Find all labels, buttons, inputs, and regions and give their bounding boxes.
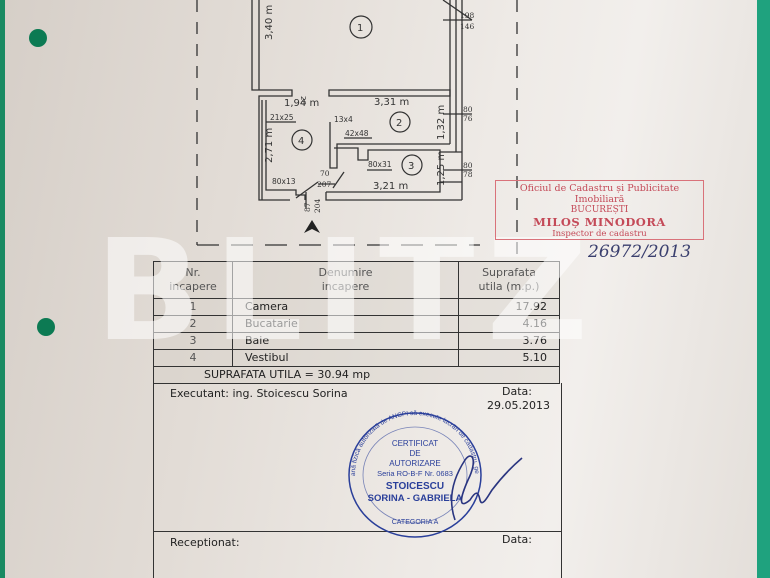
window2-bottom: 76 [463, 114, 473, 123]
window3-top: 80 [463, 161, 473, 170]
dim-room2-width: 3,31 m [374, 97, 409, 108]
stamp-category: CATEGORIA A [392, 519, 439, 526]
stamp-line3: AUTORIZARE [389, 459, 440, 468]
total-area: SUPRAFATA UTILA = 30.94 mp [154, 367, 560, 384]
dim-room4-height: 2,71 m [264, 128, 275, 163]
stamp-firstname: SORINA - GABRIELA [368, 493, 463, 504]
stamp-serial: Seria RO-B-F Nr. 0683 [377, 469, 453, 478]
cell-area: 4.16 [459, 316, 560, 333]
table-header-row: Nr. incapere Denumire incapere Suprafata… [154, 262, 560, 299]
header-area: Suprafata utila (m.p.) [459, 262, 560, 299]
dim-wall: 20 [299, 96, 307, 105]
cell-area: 17.92 [459, 299, 560, 316]
stamp-line2: DE [409, 449, 420, 458]
ocpi-inspector-name: MILOȘ MINODORA [496, 215, 703, 229]
door-inner-top: 70 [320, 169, 330, 178]
room-number-3: 3 [408, 161, 414, 172]
table-row: 4 Vestibul 5.10 [154, 350, 560, 367]
window1-top: 198 [460, 11, 475, 20]
cell-name: Vestibul [233, 350, 459, 367]
ocpi-inspector-title: Inspector de cadastru [496, 229, 703, 239]
dim-room2-height: 1,32 m [436, 105, 447, 140]
window1-bottom: 146 [460, 22, 475, 31]
element-13x4: 13x4 [334, 115, 353, 124]
cell-area: 5.10 [459, 350, 560, 367]
cell-name: Bucatarie [233, 316, 459, 333]
cell-area: 3.76 [459, 333, 560, 350]
dim-room1-height: 3,40 m [264, 5, 275, 40]
north-arrow-icon [304, 220, 320, 233]
authorization-stamp: Persoană fizică autorizată de ANCPI să e… [340, 400, 540, 540]
cell-nr: 1 [154, 299, 233, 316]
door-inner-bottom: 207 [317, 180, 332, 189]
cell-name: Camera [233, 299, 459, 316]
window2-top: 80 [463, 105, 473, 114]
executant-label: Executant: ing. Stoicescu Sorina [170, 387, 348, 400]
ocpi-city: BUCUREȘTI [496, 205, 703, 215]
dim-room3-height: 1,25 m [436, 151, 447, 186]
registration-number: 26972/2013 [588, 242, 691, 262]
room-number-2: 2 [396, 118, 402, 129]
window3-bottom: 78 [463, 170, 473, 179]
table-total-row: SUPRAFATA UTILA = 30.94 mp [154, 367, 560, 384]
header-name: Denumire incapere [233, 262, 459, 299]
element-21x25: 21x25 [270, 113, 294, 122]
header-nr: Nr. incapere [154, 262, 233, 299]
cell-nr: 4 [154, 350, 233, 367]
element-80x13: 80x13 [272, 177, 296, 186]
receptionat-label: Receptionat: [170, 536, 240, 549]
element-42x48: 42x48 [345, 129, 369, 138]
rooms-table: Nr. incapere Denumire incapere Suprafata… [153, 261, 560, 384]
stamp-line1: CERTIFICAT [392, 439, 438, 448]
cell-nr: 3 [154, 333, 233, 350]
table-row: 2 Bucatarie 4.16 [154, 316, 560, 333]
stamp-surname: STOICESCU [386, 481, 444, 492]
cell-name: Baie [233, 333, 459, 350]
signature [452, 456, 522, 520]
element-80x31: 80x31 [368, 160, 392, 169]
door-entry-bottom: 204 [313, 198, 322, 213]
cell-nr: 2 [154, 316, 233, 333]
executant-date-label: Data: [502, 385, 532, 398]
room-number-1: 1 [357, 23, 363, 34]
ocpi-stamp: Oficiul de Cadastru și Publicitate Imobi… [495, 180, 704, 240]
dim-room3-width: 3,21 m [373, 181, 408, 192]
room-number-4: 4 [298, 136, 304, 147]
table-row: 1 Camera 17.92 [154, 299, 560, 316]
table-row: 3 Baie 3.76 [154, 333, 560, 350]
ocpi-office: Oficiul de Cadastru și Publicitate Imobi… [496, 183, 703, 205]
punch-hole-bottom [37, 318, 55, 336]
door-entry-top: 87 [303, 202, 312, 212]
